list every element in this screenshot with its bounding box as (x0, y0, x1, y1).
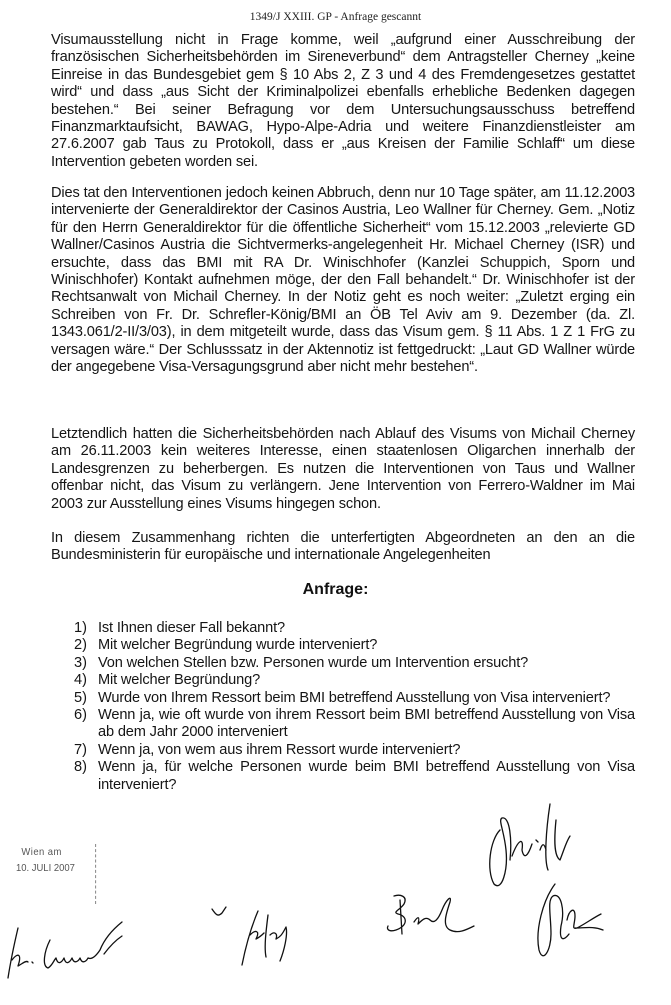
question-number: 8) (74, 759, 98, 794)
question-text: Wurde von Ihrem Ressort beim BMI betreff… (98, 690, 635, 707)
question-item: 3)Von welchen Stellen bzw. Personen wurd… (74, 655, 635, 672)
question-item: 8)Wenn ja, für welche Personen wurde bei… (74, 759, 635, 794)
question-list: 1)Ist Ihnen dieser Fall bekannt? 2)Mit w… (74, 620, 635, 794)
section-title: Anfrage: (0, 581, 671, 599)
question-text: Wenn ja, wie oft wurde von ihrem Ressort… (98, 707, 635, 742)
question-number: 3) (74, 655, 98, 672)
question-item: 6)Wenn ja, wie oft wurde von ihrem Resso… (74, 707, 635, 742)
stamp-divider (95, 844, 97, 904)
question-number: 2) (74, 637, 98, 654)
signature-3 (380, 890, 490, 950)
question-number: 5) (74, 690, 98, 707)
question-number: 1) (74, 620, 98, 637)
paragraph-4: In diesem Zusammenhang richten die unter… (51, 530, 635, 565)
question-item: 1)Ist Ihnen dieser Fall bekannt? (74, 620, 635, 637)
question-text: Mit welcher Begründung? (98, 672, 635, 689)
stamp-place: Wien am (16, 844, 75, 860)
question-text: Mit welcher Begründung wurde intervenier… (98, 637, 635, 654)
paragraph-1: Visumausstellung nicht in Frage komme, w… (51, 32, 635, 171)
question-item: 5)Wurde von Ihrem Ressort beim BMI betre… (74, 690, 635, 707)
question-item: 4)Mit welcher Begründung? (74, 672, 635, 689)
document-header: 1349/J XXIII. GP - Anfrage gescannt (0, 11, 671, 23)
question-text: Wenn ja, von wem aus ihrem Ressort wurde… (98, 742, 635, 759)
question-text: Wenn ja, für welche Personen wurde beim … (98, 759, 635, 794)
question-text: Ist Ihnen dieser Fall bekannt? (98, 620, 635, 637)
signature-2 (210, 895, 300, 975)
signature-1 (4, 910, 154, 985)
question-item: 7)Wenn ja, von wem aus ihrem Ressort wur… (74, 742, 635, 759)
paragraph-3: Letztendlich hatten die Sicherheitsbehör… (51, 426, 635, 513)
signature-5 (525, 880, 625, 970)
question-number: 6) (74, 707, 98, 742)
paragraph-2: Dies tat den Interventionen jedoch keine… (51, 185, 635, 376)
question-text: Von welchen Stellen bzw. Personen wurde … (98, 655, 635, 672)
question-number: 7) (74, 742, 98, 759)
question-item: 2)Mit welcher Begründung wurde interveni… (74, 637, 635, 654)
stamp-date: 10. JULI 2007 (16, 860, 75, 876)
question-number: 4) (74, 672, 98, 689)
date-stamp: Wien am 10. JULI 2007 (16, 844, 75, 876)
